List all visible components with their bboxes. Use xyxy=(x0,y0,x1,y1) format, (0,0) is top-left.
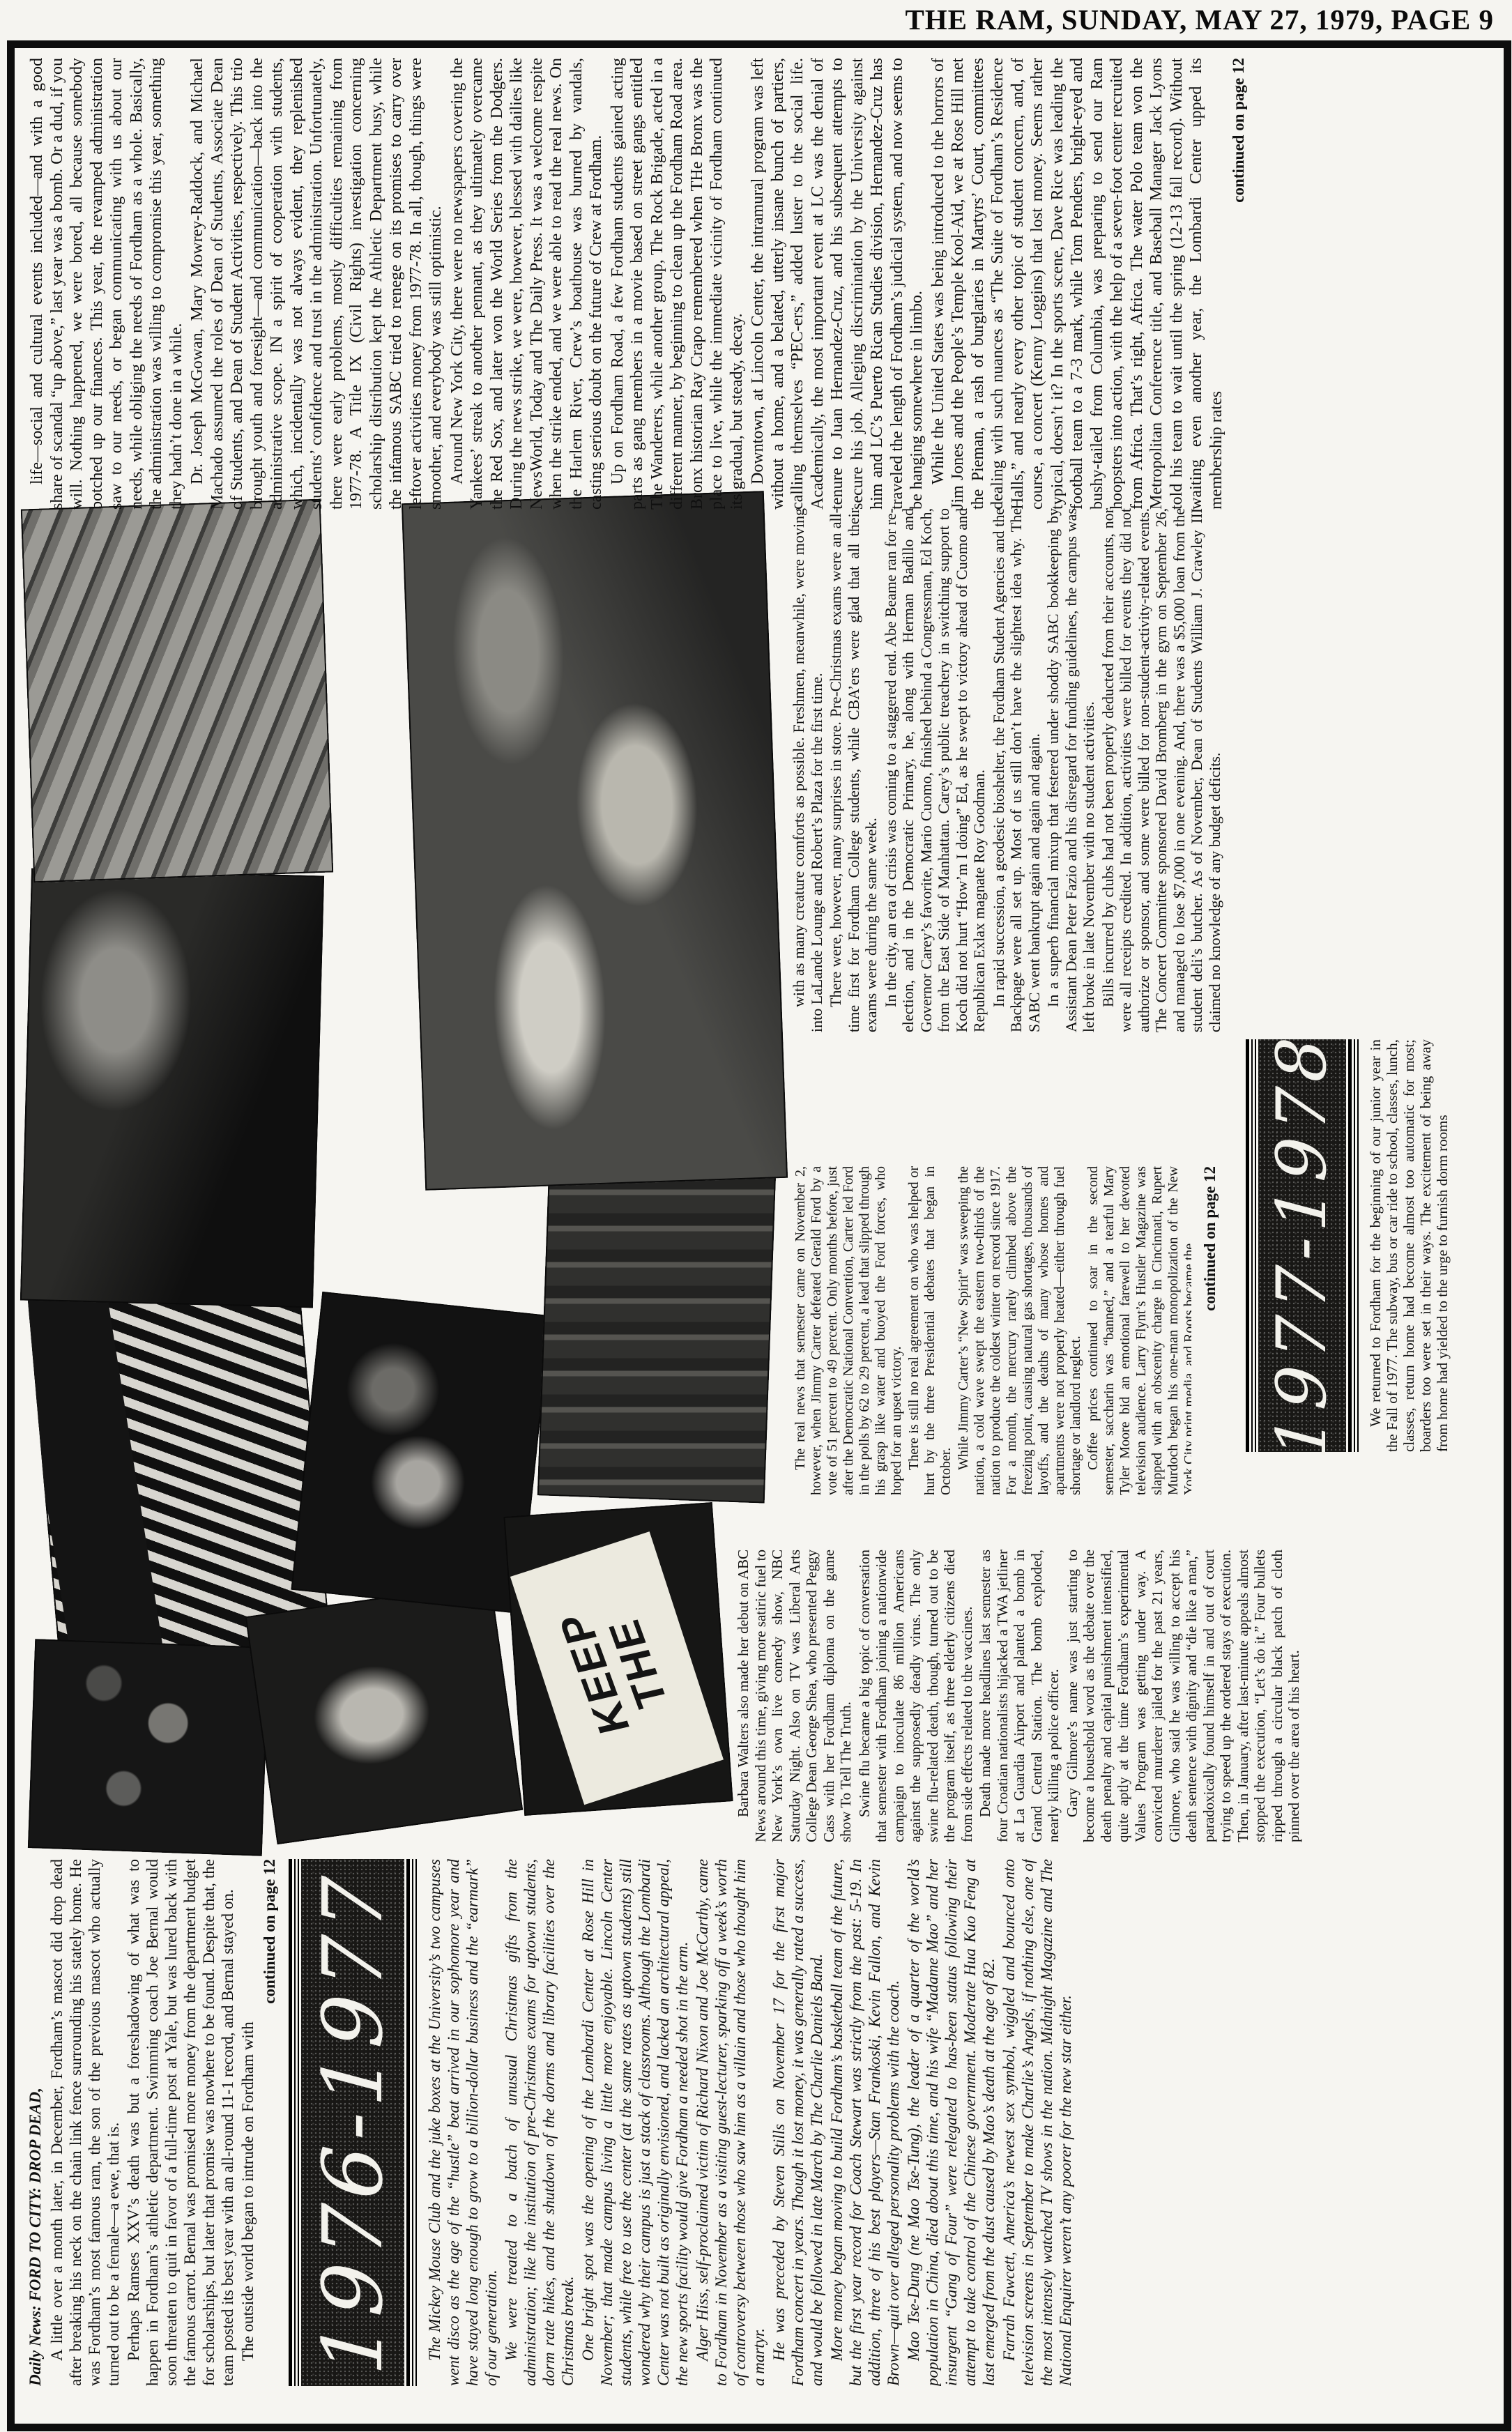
placard-text: KEEP THE xyxy=(544,1579,689,1757)
banner-panel: 1976-1977 xyxy=(301,1859,404,2386)
paragraph: Bills incurred by clubs had not been pro… xyxy=(1099,508,1224,1032)
paragraph: Mao Tse-Dung (ne Mao Tse-Tung), the lead… xyxy=(904,1859,998,2386)
banner-panel: 1977-1978 xyxy=(1258,1039,1346,1452)
paragraph: One bright spot was the opening of the L… xyxy=(579,1859,692,2386)
paragraph: Up on Fordham Road, a few Fordham studen… xyxy=(608,58,747,510)
rotated-content: Daily News: FORD TO CITY: DROP DEAD, A l… xyxy=(16,49,1487,2407)
paragraph: Barbara Walters also made her debut on A… xyxy=(735,1550,855,1842)
paragraph: In rapid succession, a geodesic bioshelt… xyxy=(990,508,1044,1032)
paragraph: The outside world began to intrude on Fo… xyxy=(238,1859,257,2386)
year-banner-1977-1978: 1977-1978 xyxy=(1246,1039,1359,1452)
banner-year-label: 1977-1978 xyxy=(1262,1030,1342,1462)
paragraph: While Jimmy Carter’s “New Spirit” was sw… xyxy=(956,1166,1084,1495)
banner-rule-top xyxy=(1246,1039,1256,1452)
page-header: THE RAM, SUNDAY, MAY 27, 1979, PAGE 9 xyxy=(905,3,1494,36)
paragraph: Perhaps Ramses XXV’s death was but a for… xyxy=(124,1859,237,2386)
banner-rule-bottom xyxy=(1348,1039,1359,1452)
photo-marching-band xyxy=(537,1163,776,1503)
paragraph: He was preceded by Steven Stills on Nove… xyxy=(770,1859,826,2386)
paragraph: There is still no real agreement on who … xyxy=(906,1166,954,1495)
paragraph: Coffee prices continued to soar in the s… xyxy=(1085,1166,1191,1495)
banner-year-label: 1976-1977 xyxy=(344,1870,362,2374)
photo-crowd xyxy=(28,1639,269,1856)
paragraph: Downtown, at Lincoln Center, the intramu… xyxy=(748,58,927,510)
paragraph: More money began moving to build Fordham… xyxy=(827,1859,903,2386)
continued-note: continued on page 12 xyxy=(1201,1166,1219,1495)
content-frame: Daily News: FORD TO CITY: DROP DEAD, A l… xyxy=(7,40,1511,2431)
paragraph: Dr. Joseph McGowan, Mary Mowrey-Raddock,… xyxy=(188,58,446,510)
keep-the-placard: KEEP THE xyxy=(510,1531,724,1805)
right-column-body: life—social and cultural events included… xyxy=(27,58,1226,510)
photo-statue xyxy=(245,1582,523,1844)
paragraph: In a superb financial mixup that festere… xyxy=(1044,508,1098,1032)
paragraph: Around New York City, there were no news… xyxy=(448,58,606,510)
paragraph: Swine flu became a big topic of conversa… xyxy=(856,1550,976,1842)
lede-line: Daily News: FORD TO CITY: DROP DEAD, xyxy=(26,1859,45,2386)
paragraph: While the United States was being introd… xyxy=(929,58,1227,510)
paragraph: The real news that semester came on Nove… xyxy=(793,1166,905,1495)
left-column-intro: A little over a month later, in December… xyxy=(47,1859,257,2386)
year-banner-1976-1977: 1976-1977 xyxy=(289,1859,417,2386)
middle-column-2: The real news that semester came on Nove… xyxy=(791,1166,1191,1495)
paragraph: Death made more headlines last semester … xyxy=(977,1550,1062,1842)
paragraph: The Mickey Mouse Club and the juke boxes… xyxy=(425,1859,501,2386)
photo-keep-the-sign: KEEP THE xyxy=(503,1502,733,1816)
photo-stadium-stands xyxy=(21,499,333,883)
banner-rule-bottom xyxy=(406,1859,417,2386)
paragraph: We were treated to a batch of unusual Ch… xyxy=(502,1859,577,2386)
photo-students-on-lawn xyxy=(402,491,788,1191)
newspaper-page: THE RAM, SUNDAY, MAY 27, 1979, PAGE 9 Da… xyxy=(0,0,1512,2432)
left-column: Daily News: FORD TO CITY: DROP DEAD, A l… xyxy=(26,1859,1479,2386)
photo-concert-stage xyxy=(20,869,324,1308)
right-column: life—social and cultural events included… xyxy=(26,58,1479,510)
left-column-section-lead: The Mickey Mouse Club and the juke boxes… xyxy=(425,1859,1075,2386)
paragraph: life—social and cultural events included… xyxy=(27,58,186,510)
paragraph: There were, however, many surprises in s… xyxy=(827,508,880,1032)
middle-column-4: with as many creature comforts as possib… xyxy=(788,508,1477,1032)
paragraph: with as many creature comforts as possib… xyxy=(790,508,825,1032)
continued-note: continued on page 12 xyxy=(260,1859,279,2386)
paragraph: Alger Hiss, self-proclaimed victim of Ri… xyxy=(693,1859,768,2386)
continued-note: continued on page 12 xyxy=(1229,58,1249,510)
banner-rule-top xyxy=(289,1859,299,2386)
paragraph: In the city, an era of crisis was coming… xyxy=(882,508,988,1032)
paragraph: A little over a month later, in December… xyxy=(47,1859,123,2386)
rotated-content-viewport: Daily News: FORD TO CITY: DROP DEAD, A l… xyxy=(16,49,1487,2407)
middle-column-3: We returned to Fordham for the beginning… xyxy=(1366,1039,1476,1452)
middle-column-1: Barbara Walters also made her debut on A… xyxy=(733,1550,1474,1842)
middle-region: KEEP THE Barbara Walters also made her d… xyxy=(26,503,1479,1848)
paragraph: We returned to Fordham for the beginning… xyxy=(1367,1039,1451,1452)
paragraph: Farrah Fawcett, America’s newest sex sym… xyxy=(1000,1859,1075,2386)
paragraph: Gary Gilmore’s name was just starting to… xyxy=(1064,1550,1303,1842)
